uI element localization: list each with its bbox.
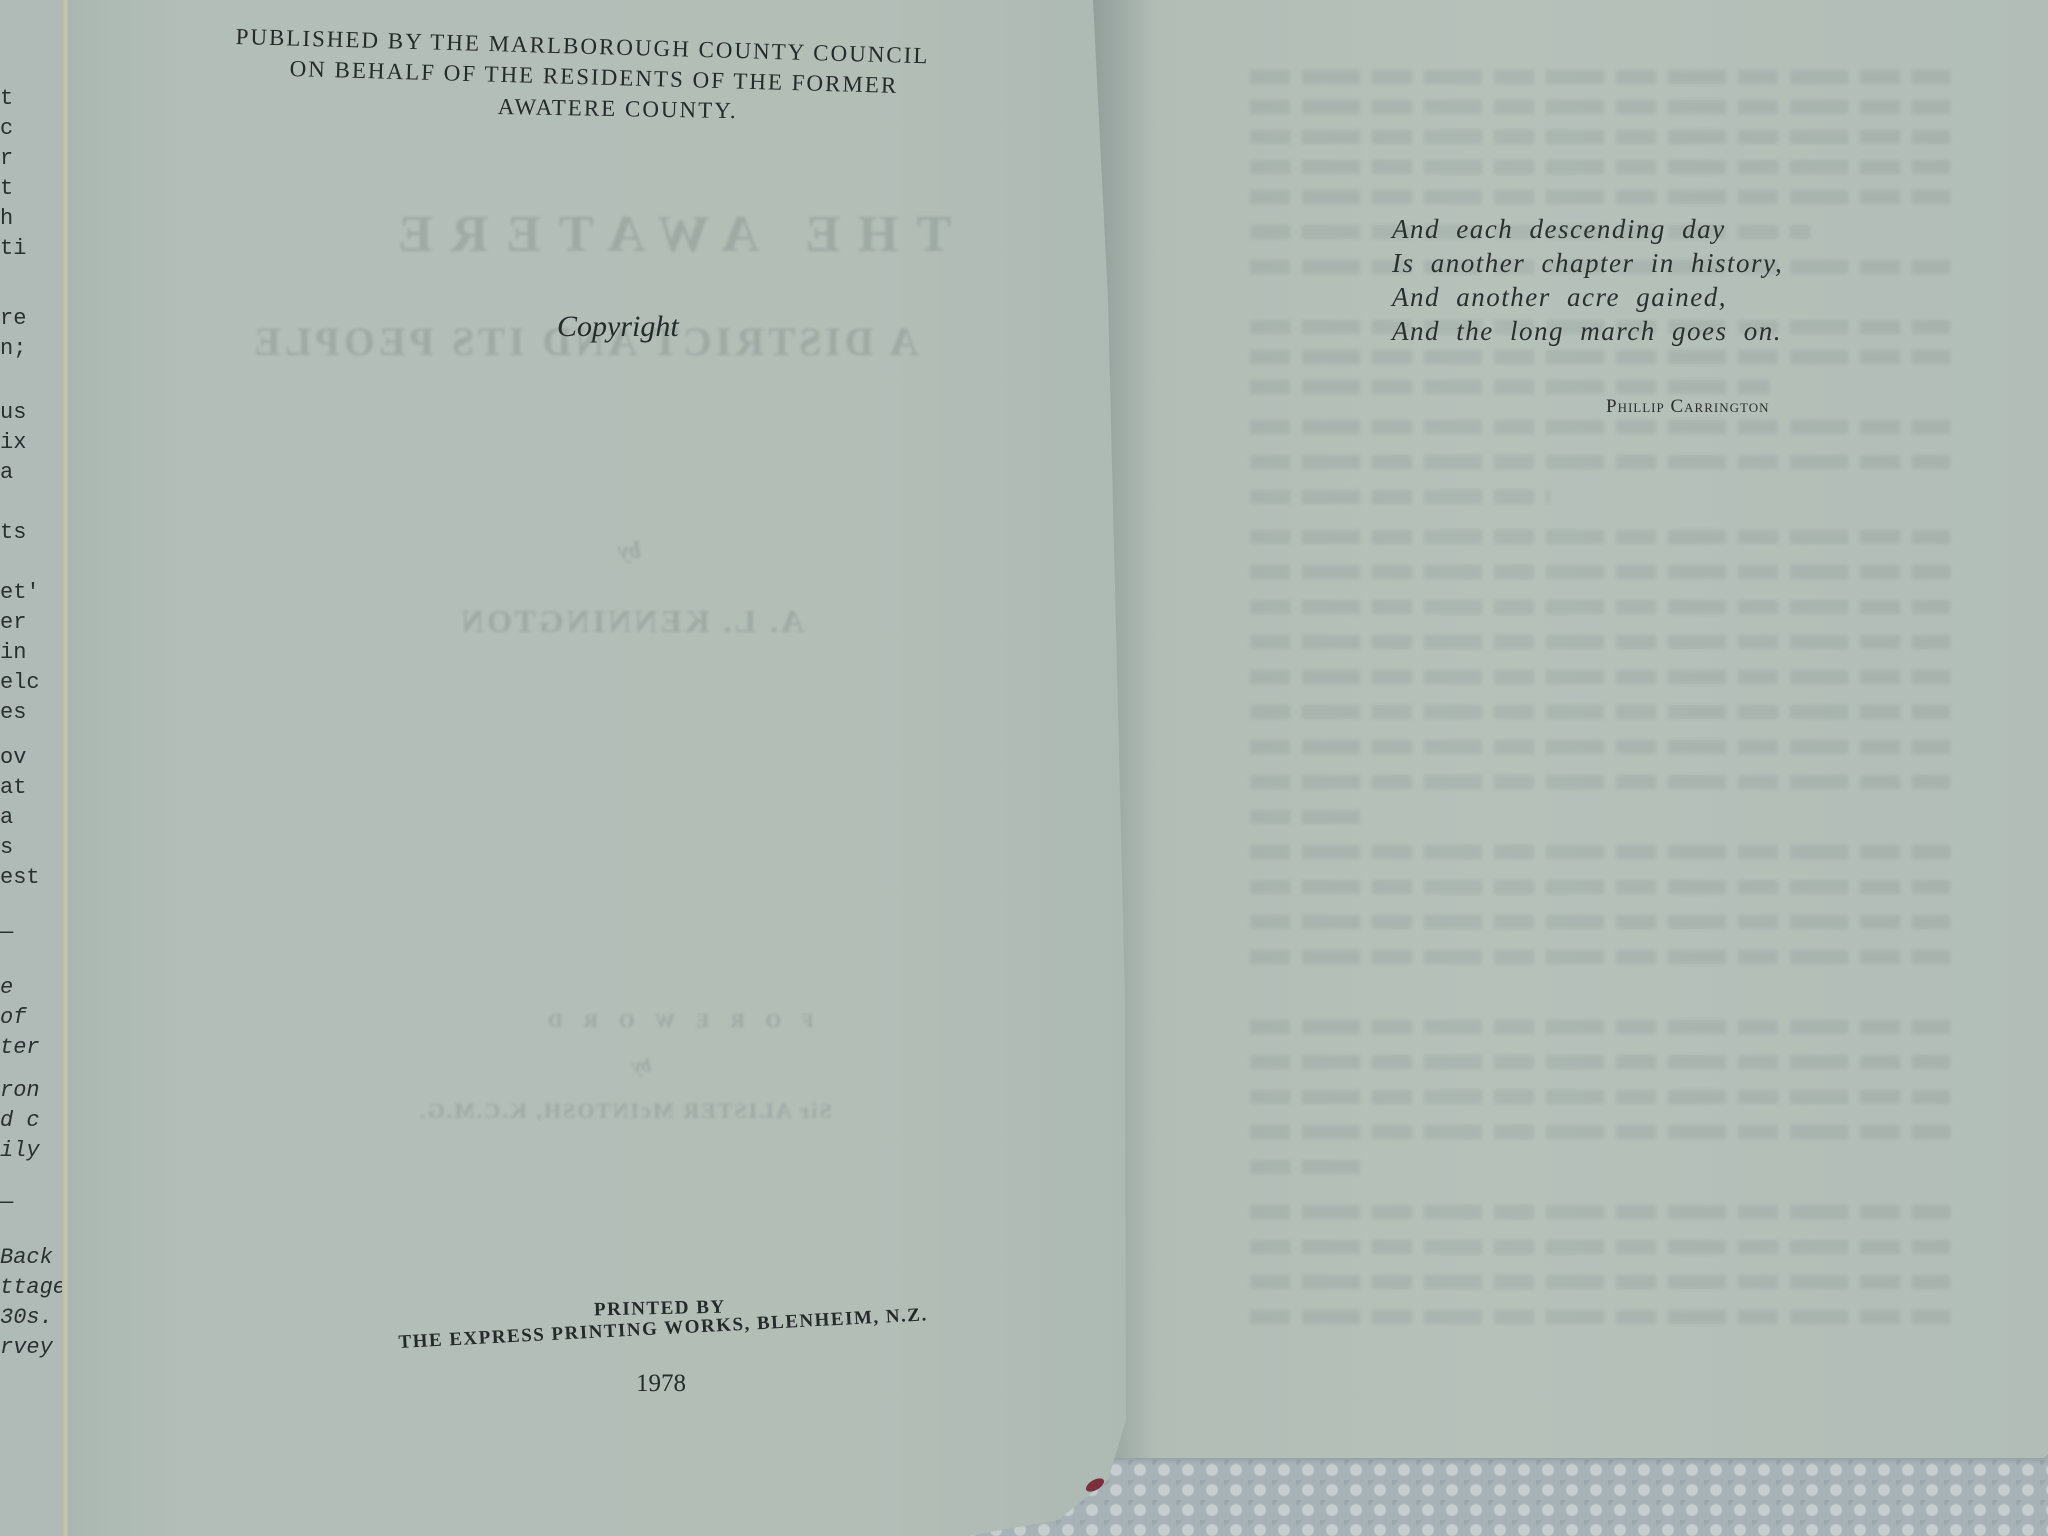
- prev-page-fragment: ttage: [0, 1275, 64, 1300]
- show-through-foreword-by: by: [632, 1055, 651, 1078]
- poem-attribution: Phillip Carrington: [1606, 396, 1769, 418]
- show-through-foreword: F O R E W O R D: [540, 1010, 814, 1033]
- publication-year: 1978: [636, 1370, 686, 1398]
- prev-page-fragment: —: [0, 920, 13, 945]
- prev-page-fragment: in: [0, 640, 26, 665]
- copyright-label: Copyright: [557, 310, 679, 344]
- poem-line: And the long march goes on.: [1392, 316, 1782, 347]
- poem-line: And each descending day: [1392, 214, 1726, 245]
- prev-page-fragment: h: [0, 206, 13, 231]
- prev-page-fragment: elc: [0, 670, 40, 695]
- prev-page-fragment: r: [0, 146, 13, 171]
- prev-page-fragment: ter: [0, 1035, 40, 1060]
- prev-page-fragment: et': [0, 580, 40, 605]
- prev-page-fragment: Back: [0, 1245, 53, 1270]
- prev-page-fragment: at: [0, 775, 26, 800]
- prev-page-fragment: t: [0, 86, 13, 111]
- prev-page-fragment: er: [0, 610, 26, 635]
- prev-page-fragment: —: [0, 1190, 13, 1215]
- prev-page-fragment: ov: [0, 745, 26, 770]
- previous-page-edge: t c r t h ti re n; us ix a ts et' er in …: [0, 0, 64, 1536]
- poem-line: Is another chapter in history,: [1392, 248, 1783, 279]
- prev-page-fragment: est: [0, 865, 40, 890]
- prev-page-fragment: re: [0, 306, 26, 331]
- prev-page-fragment: c: [0, 116, 13, 141]
- prev-page-fragment: es: [0, 700, 26, 725]
- poem-line: And another acre gained,: [1392, 282, 1727, 313]
- left-page-inner-edge: [62, 0, 69, 1536]
- show-through-title: THE AWATERE: [380, 205, 951, 264]
- prev-page-fragment: e: [0, 975, 13, 1000]
- prev-page-fragment: t: [0, 176, 13, 201]
- prev-page-fragment: of: [0, 1005, 26, 1030]
- prev-page-fragment: s: [0, 835, 13, 860]
- prev-page-fragment: a: [0, 805, 13, 830]
- show-through-by: by: [618, 538, 641, 565]
- prev-page-fragment: ily: [0, 1138, 40, 1163]
- show-through-foreword-author: Sir ALISTER McINTOSH, K.C.M.G.: [418, 1098, 832, 1124]
- prev-page-fragment: 30s.: [0, 1305, 53, 1330]
- prev-page-fragment: rvey: [0, 1335, 53, 1360]
- prev-page-fragment: a: [0, 460, 13, 485]
- prev-page-fragment: d c: [0, 1108, 40, 1133]
- prev-page-fragment: ron: [0, 1078, 40, 1103]
- prev-page-fragment: ix: [0, 430, 26, 455]
- prev-page-fragment: ts: [0, 520, 26, 545]
- show-through-author: A. L. KENNINGTON: [458, 603, 804, 640]
- prev-page-fragment: ti: [0, 236, 26, 261]
- publisher-line: AWATERE COUNTY.: [498, 94, 738, 124]
- prev-page-fragment: n;: [0, 336, 26, 361]
- prev-page-fragment: us: [0, 400, 26, 425]
